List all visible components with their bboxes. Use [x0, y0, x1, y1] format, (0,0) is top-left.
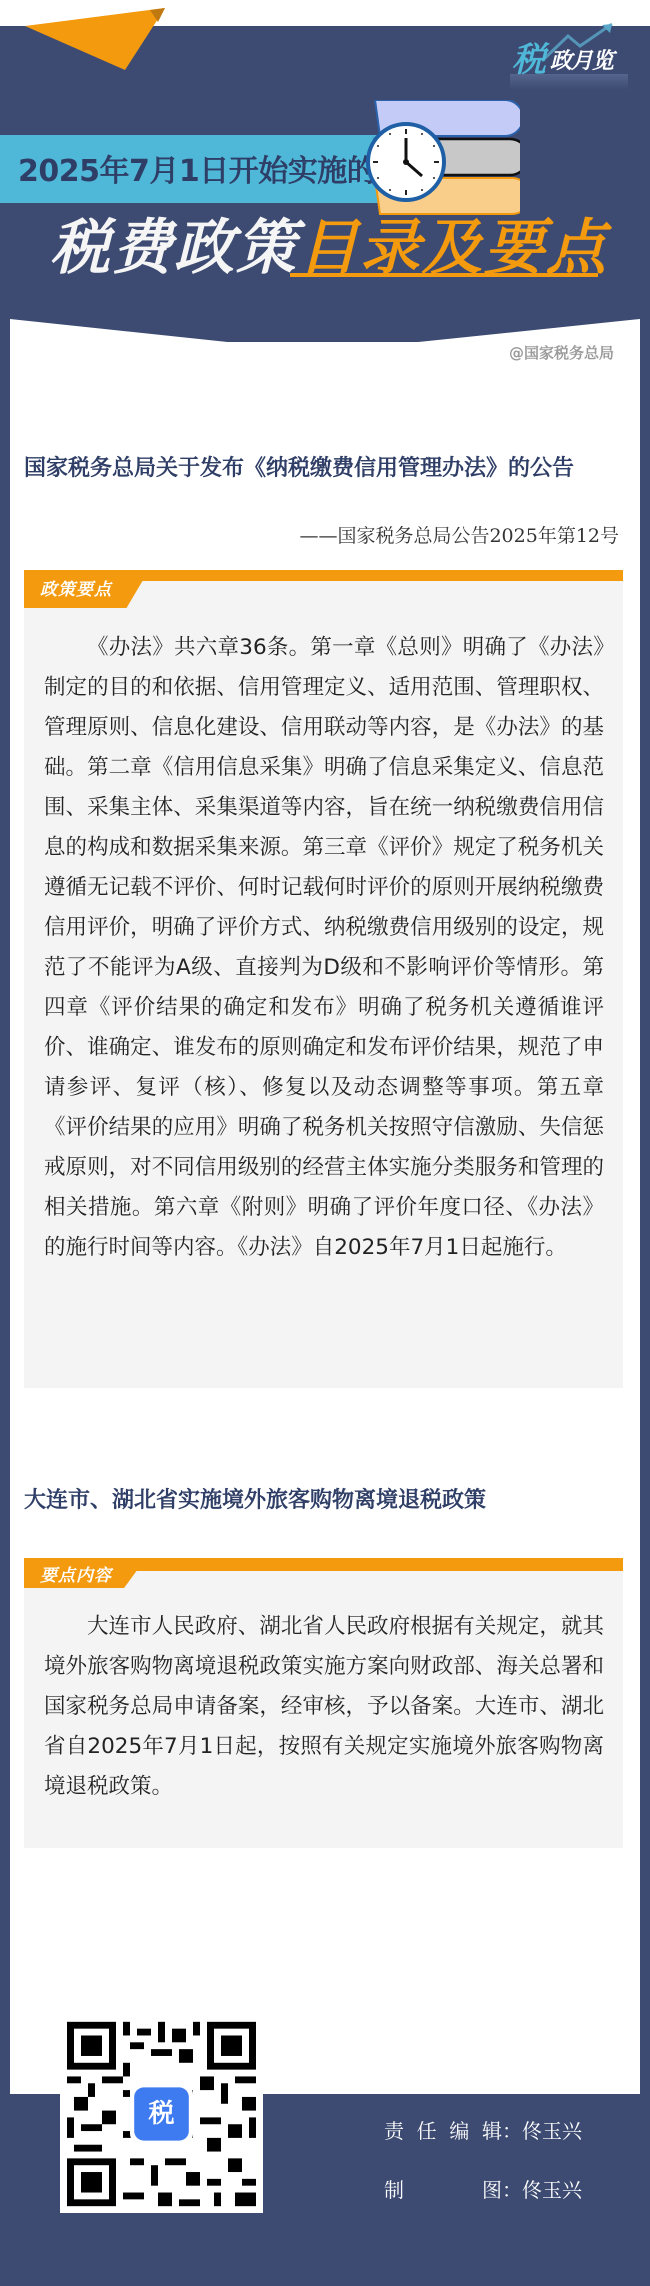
section-1-tab-label: 政策要点: [40, 575, 112, 600]
credit-designer: 制图：佟玉兴: [384, 2174, 582, 2203]
section-2-title: 大连市、湖北省实施境外旅客购物离境退税政策: [24, 1482, 624, 1519]
qr-code[interactable]: 税: [60, 2015, 263, 2213]
section-2-body: 大连市人民政府、湖北省人民政府根据有关规定，就其境外旅客购物离境退税政策实施方案…: [44, 1607, 604, 1807]
section-1-body: 《办法》共六章36条。第一章《总则》明确了《办法》制定的目的和依据、信用管理定义…: [44, 628, 604, 1268]
qr-center-logo: 税: [144, 2094, 179, 2134]
logo-text: 政月览: [550, 44, 613, 75]
title-underline: [290, 273, 598, 277]
logo-reflection: [510, 74, 628, 90]
credit-separator: ：: [502, 2119, 522, 2143]
source-tag: @国家税务总局: [509, 342, 614, 363]
credit-separator: ：: [502, 2178, 522, 2202]
credit-designer-label: 制图: [384, 2174, 502, 2203]
credit-editor-label: 责任编辑: [384, 2115, 502, 2144]
shuizheng-yuelan-logo: 税 政月览: [510, 30, 630, 90]
credit-editor-value: 佟玉兴: [522, 2119, 582, 2143]
clock-icon: [368, 124, 444, 200]
title-white-part: 税费政策: [50, 213, 298, 283]
card-top-notch: [10, 300, 640, 342]
section-1-subtitle: ——国家税务总局公告2025年第12号: [299, 521, 619, 548]
orange-flag-decoration: [0, 0, 170, 70]
credit-editor: 责任编辑：佟玉兴: [384, 2115, 582, 2144]
credit-designer-value: 佟玉兴: [522, 2178, 582, 2202]
banner-text: 2025年7月1日开始实施的: [18, 146, 376, 190]
section-2-tab-label: 要点内容: [40, 1561, 112, 1586]
section-1-title: 国家税务总局关于发布《纳税缴费信用管理办法》的公告: [24, 450, 624, 487]
